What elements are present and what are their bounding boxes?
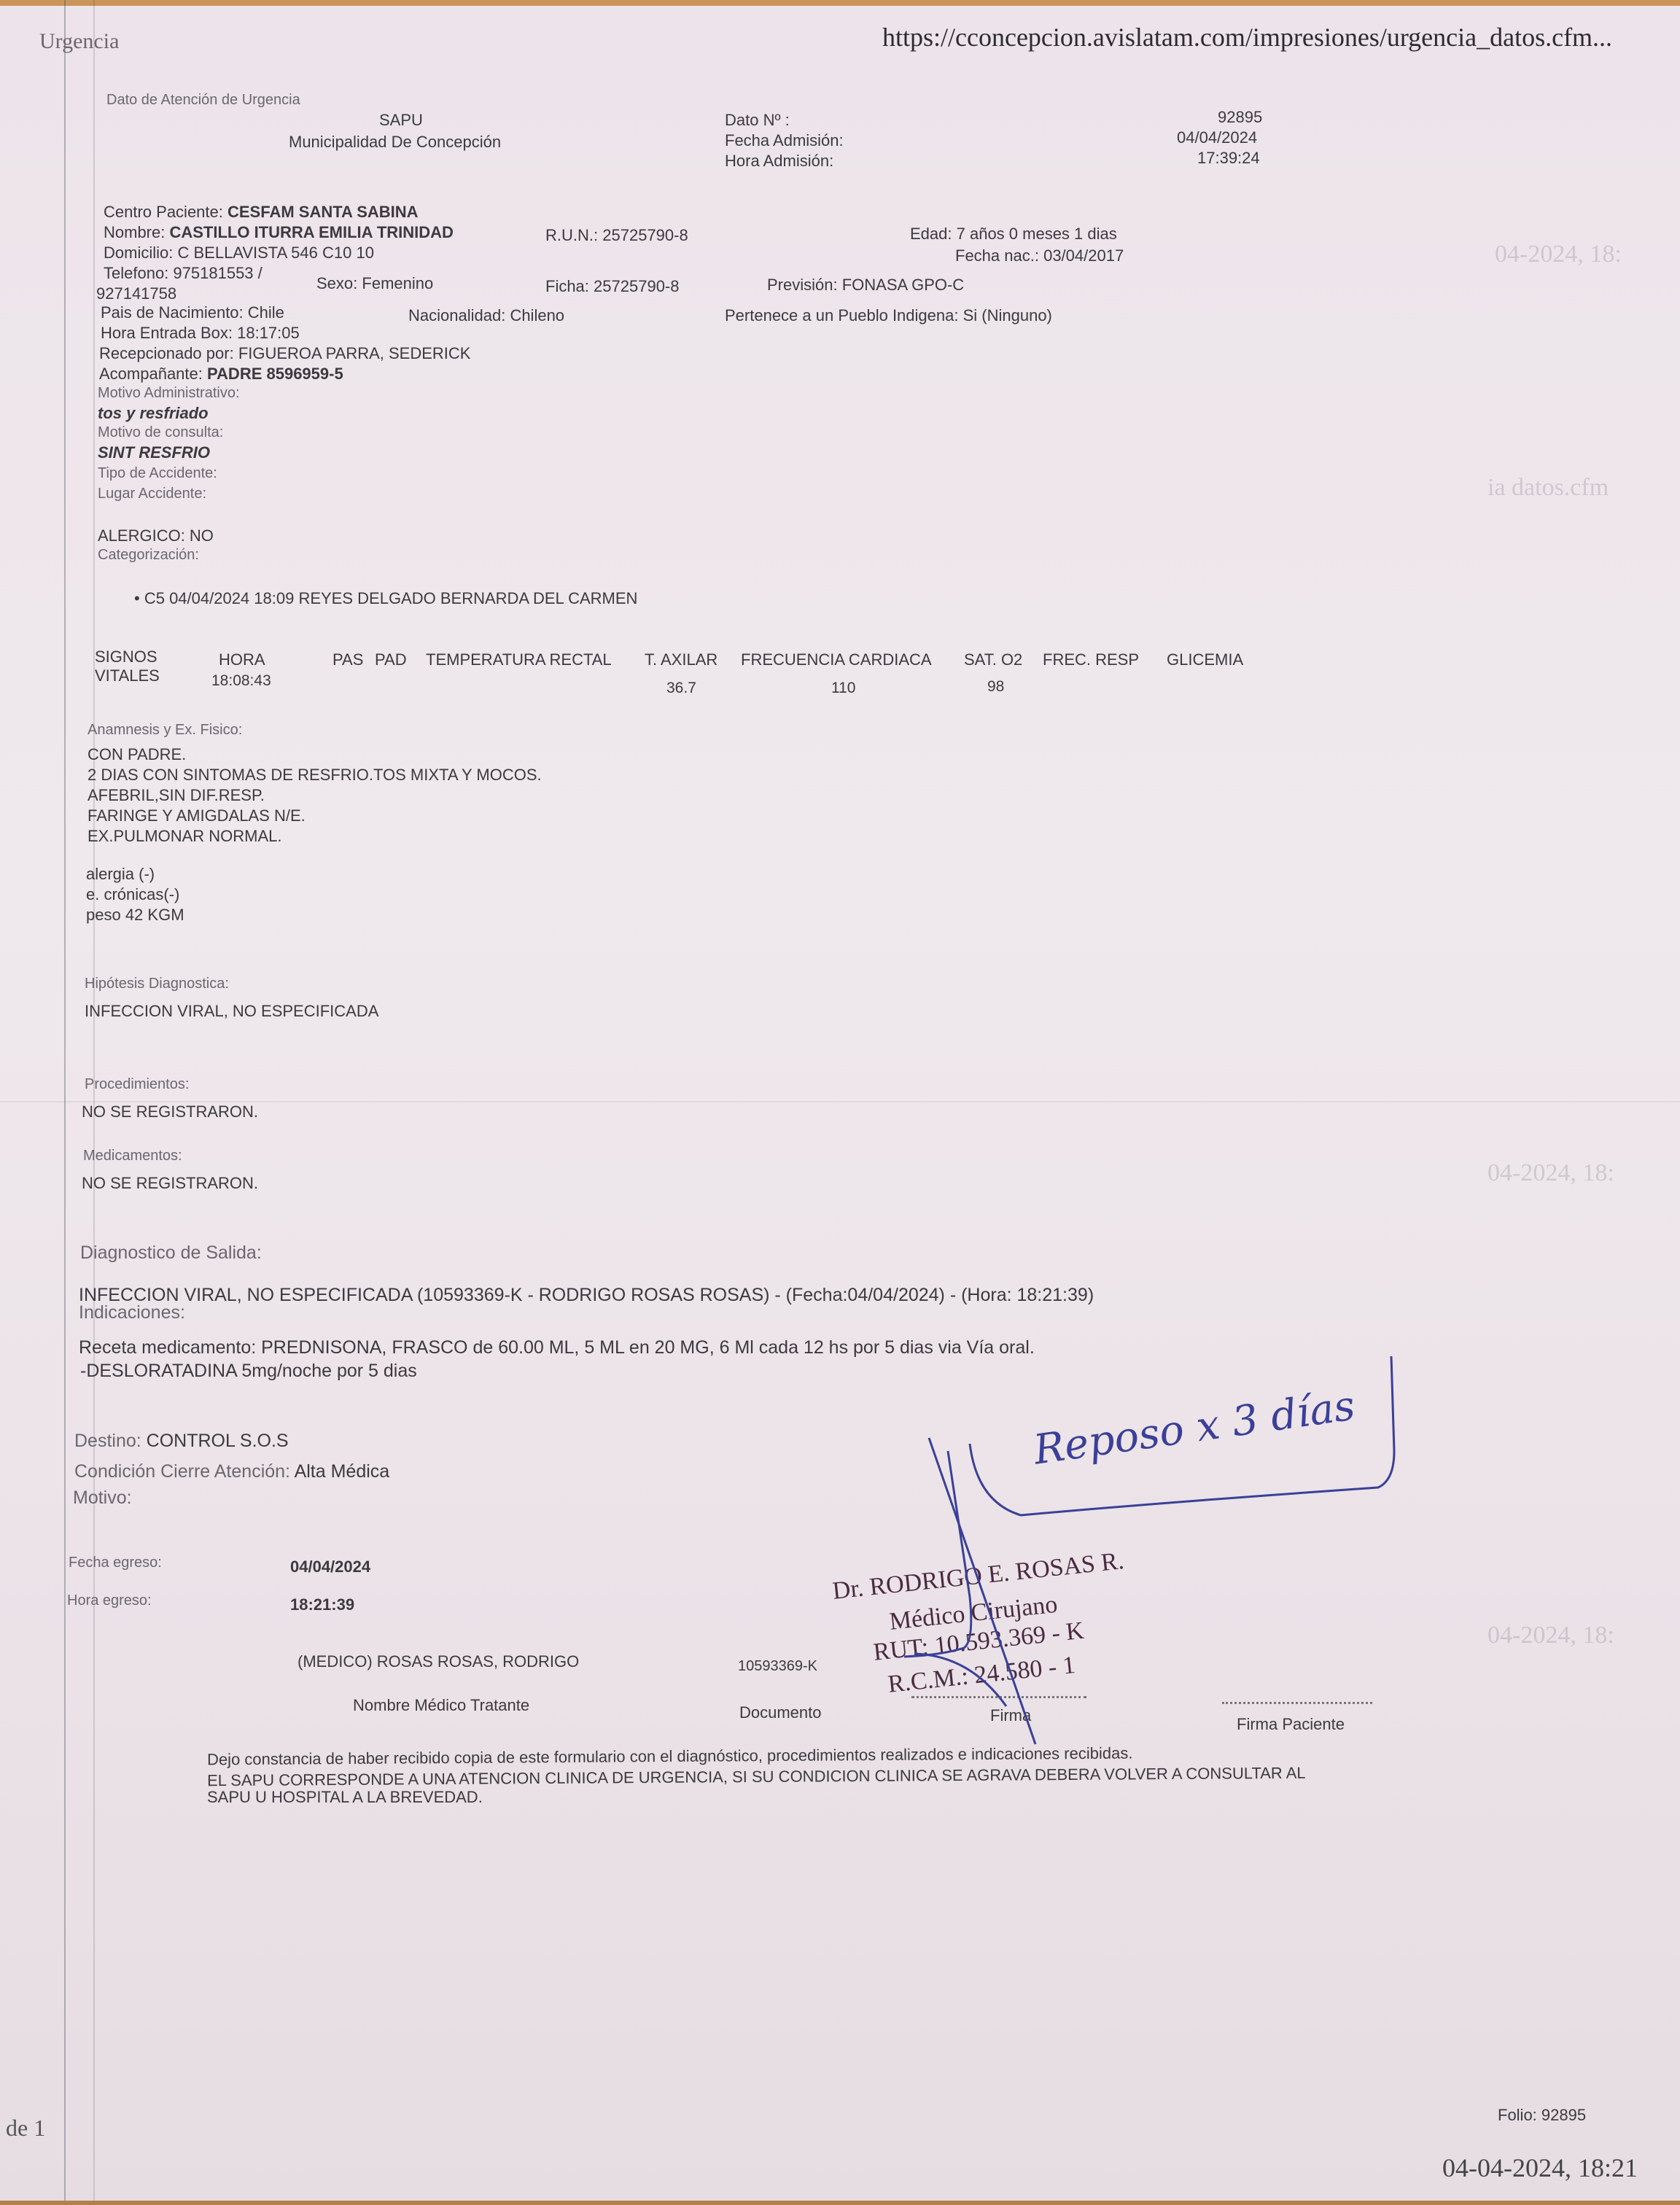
- page-indicator: de 1: [6, 2115, 45, 2142]
- signature-stroke: [904, 1451, 971, 1657]
- print-timestamp: 04-04-2024, 18:21: [1442, 2152, 1638, 2183]
- show-through-text: 04-2024, 18:: [1487, 1622, 1614, 1649]
- folio: Folio: 92895: [1498, 2106, 1586, 2125]
- paper-bottom-edge: [0, 2201, 1680, 2205]
- show-through-text: 04-2024, 18:: [1487, 1159, 1614, 1187]
- disclaimer-line-3: SAPU U HOSPITAL A LA BREVEDAD.: [207, 1788, 483, 1807]
- show-through-text: 04-2024, 18:: [1495, 241, 1622, 268]
- show-through-text: ia datos.cfm: [1487, 474, 1609, 502]
- handwritten-ink: [0, 0, 1680, 2205]
- signature-stroke: [914, 1654, 1006, 1706]
